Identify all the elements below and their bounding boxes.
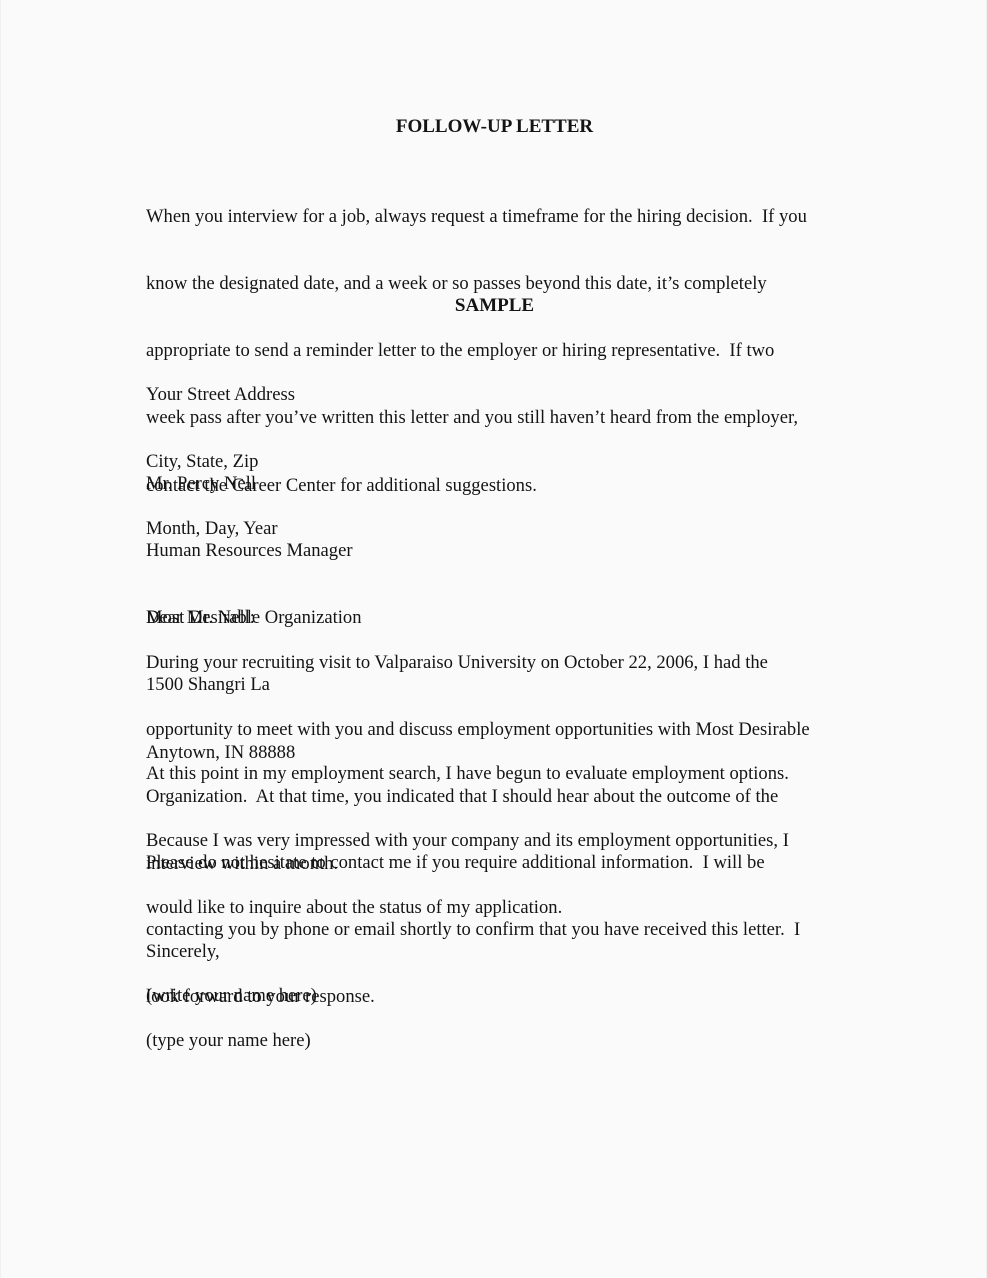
intro-line: know the designated date, and a week or … [146, 273, 807, 295]
body-line: contacting you by phone or email shortly… [146, 919, 800, 941]
recipient-title: Human Resources Manager [146, 540, 362, 562]
recipient-name: Mr. Percy Nell [146, 473, 362, 495]
body-line: During your recruiting visit to Valparai… [146, 652, 810, 674]
body-line: At this point in my employment search, I… [146, 763, 789, 785]
body-line: Please do not hesitate to contact me if … [146, 852, 800, 874]
sample-heading: SAMPLE [1, 295, 987, 317]
document-title: FOLLOW-UP LETTER [1, 116, 987, 138]
intro-line: When you interview for a job, always req… [146, 206, 807, 228]
sender-street: Your Street Address [146, 384, 295, 406]
letter-page: FOLLOW-UP LETTER When you interview for … [0, 0, 987, 1278]
typed-name-placeholder-text: (type your name here) [146, 1030, 311, 1052]
typed-name-placeholder: (type your name here) [146, 985, 311, 1097]
